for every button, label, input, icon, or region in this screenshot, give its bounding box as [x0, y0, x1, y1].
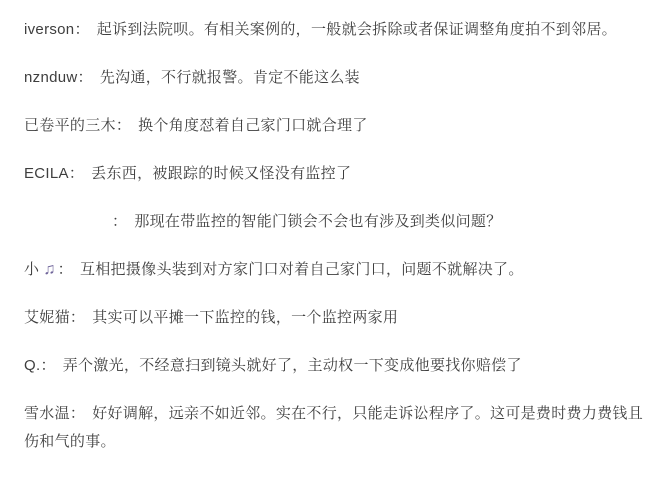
comment-username: 小	[24, 261, 39, 278]
comment-separator: ：	[78, 69, 93, 86]
music-notes-icon: ♫	[43, 261, 55, 278]
comment-text: 其实可以平摊一下监控的钱，一个监控两家用	[92, 309, 398, 326]
comment-separator: ：	[112, 213, 127, 230]
comment-text: 弄个激光，不经意扫到镜头就好了，主动权一下变成他要找你赔偿了	[63, 357, 522, 374]
comment-separator: ：	[58, 261, 73, 278]
comment-row: 已卷平的三木：换个角度怼着自己家门口就合理了	[24, 112, 644, 140]
comment-text: 好好调解，远亲不如近邻。实在不行，只能走诉讼程序了。这可是费时费力费钱且伤和气的…	[24, 405, 643, 450]
comment-username: iverson	[24, 21, 74, 38]
comment-username: nznduw	[24, 69, 78, 86]
comment-username: Q.	[24, 357, 40, 374]
comment-separator: ：	[70, 405, 85, 422]
comment-text: 丢东西，被跟踪的时候又怪没有监控了	[91, 165, 351, 182]
comment-row: ECILA：丢东西，被跟踪的时候又怪没有监控了	[24, 160, 644, 188]
comment-text: 互相把摄像头装到对方家门口对着自己家门口，问题不就解决了。	[80, 261, 524, 278]
comment-text: 换个角度怼着自己家门口就合理了	[138, 117, 368, 134]
comment-username: 雪水温	[24, 405, 70, 422]
comment-separator: ：	[116, 117, 131, 134]
comment-row: 艾妮猫：其实可以平摊一下监控的钱，一个监控两家用	[24, 304, 644, 332]
comment-text: 先沟通，不行就报警。肯定不能这么装	[100, 69, 360, 86]
comment-username: ECILA	[24, 165, 69, 182]
comment-separator: ：	[74, 21, 89, 38]
comment-row: Q.：弄个激光，不经意扫到镜头就好了，主动权一下变成他要找你赔偿了	[24, 352, 644, 380]
comment-text: 起诉到法院呗。有相关案例的，一般就会拆除或者保证调整角度拍不到邻居。	[97, 21, 617, 38]
comment-row: iverson：起诉到法院呗。有相关案例的，一般就会拆除或者保证调整角度拍不到邻…	[24, 16, 644, 44]
comment-row: 小♫：互相把摄像头装到对方家门口对着自己家门口，问题不就解决了。	[24, 256, 644, 284]
comment-separator: ：	[70, 309, 85, 326]
comment-separator: ：	[40, 357, 55, 374]
comment-row: ：那现在带监控的智能门锁会不会也有涉及到类似问题？	[24, 208, 644, 236]
comment-username: 艾妮猫	[24, 309, 70, 326]
comment-row: nznduw：先沟通，不行就报警。肯定不能这么装	[24, 64, 644, 92]
comment-text: 那现在带监控的智能门锁会不会也有涉及到类似问题？	[134, 213, 501, 230]
comment-separator: ：	[69, 165, 84, 182]
comment-list: iverson：起诉到法院呗。有相关案例的，一般就会拆除或者保证调整角度拍不到邻…	[0, 0, 666, 456]
comment-username: 已卷平的三木	[24, 117, 116, 134]
comment-row: 雪水温：好好调解，远亲不如近邻。实在不行，只能走诉讼程序了。这可是费时费力费钱且…	[24, 400, 644, 456]
